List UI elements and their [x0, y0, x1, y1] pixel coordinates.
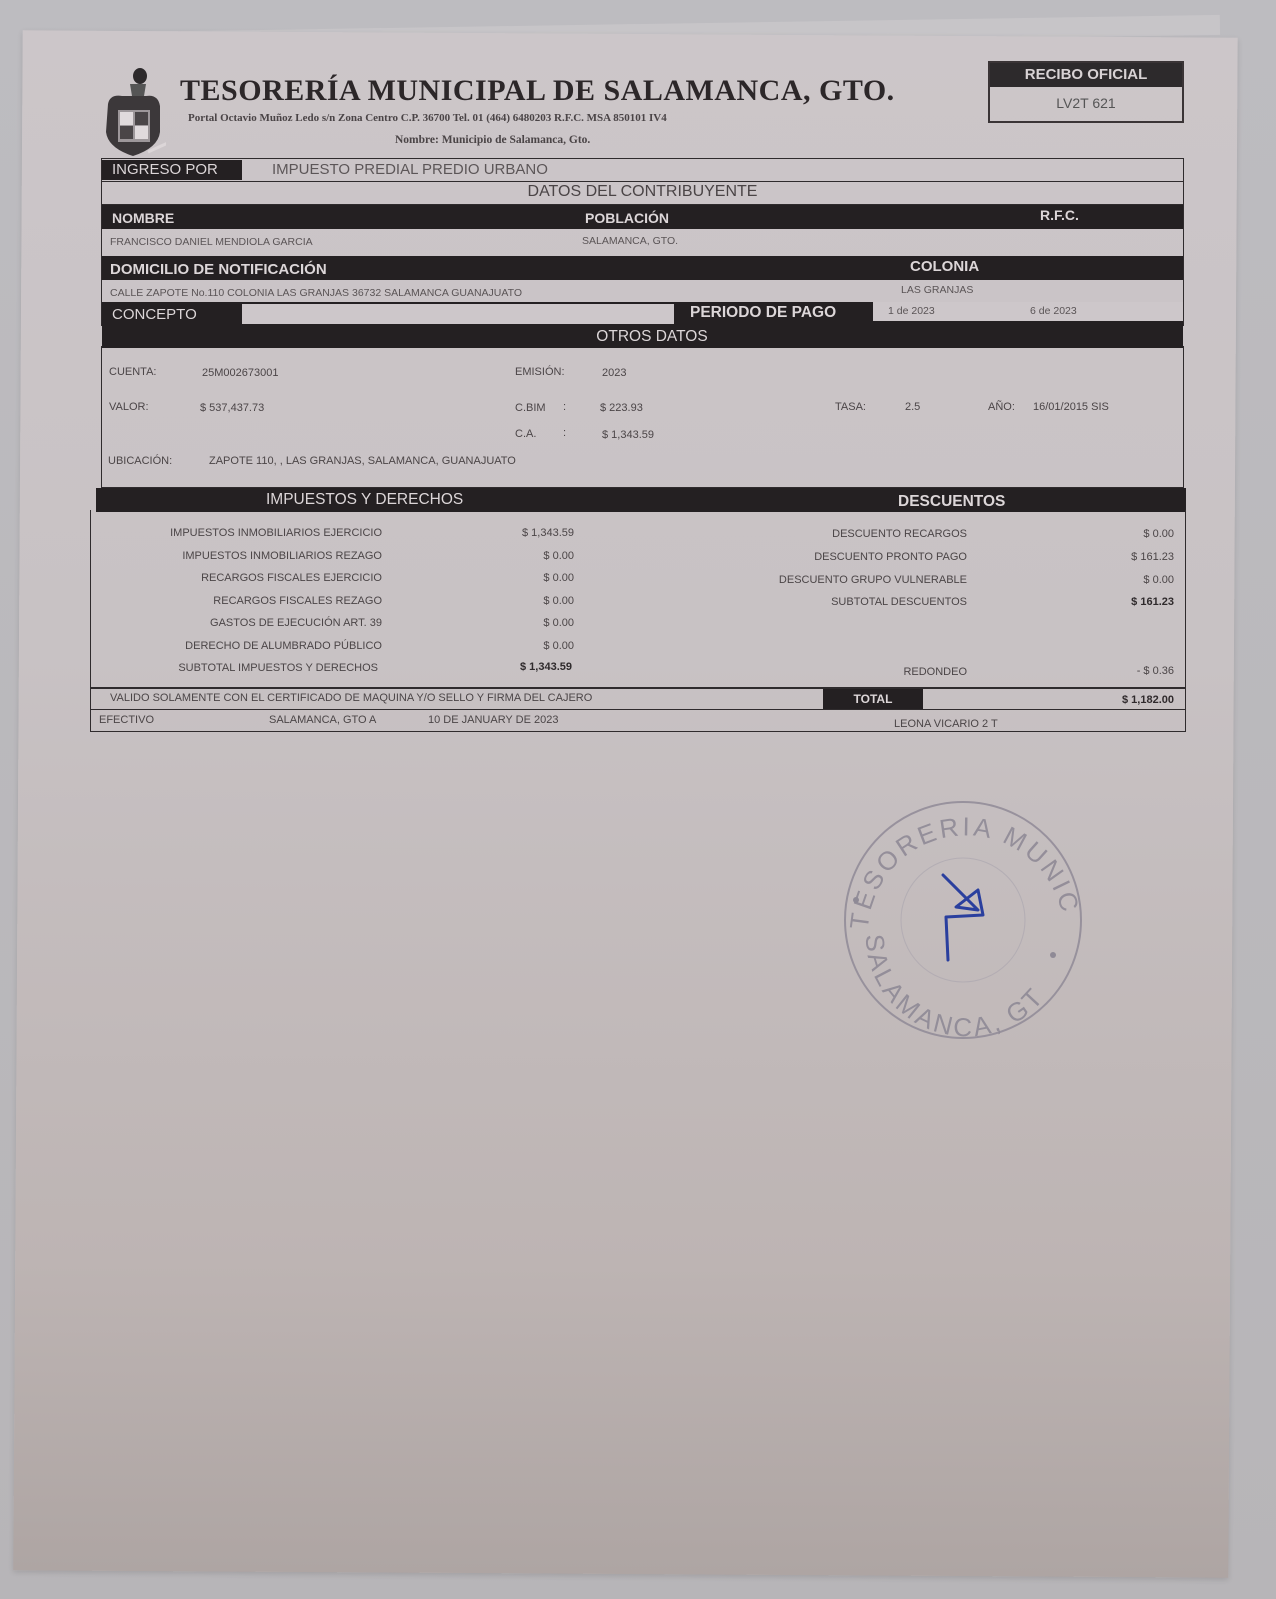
colonia-label: COLONIA — [910, 258, 979, 275]
receipt-number: LV2T 621 — [990, 87, 1182, 119]
descuentos-subtotal-label: SUBTOTAL DESCUENTOS — [700, 596, 967, 608]
impuestos-subtotal-value: $ 1,343.59 — [470, 661, 572, 673]
impuesto-value: $ 0.00 — [470, 572, 574, 584]
contribuyente-title: DATOS DEL CONTRIBUYENTE — [101, 183, 1184, 201]
descuento-label: DESCUENTO GRUPO VULNERABLE — [700, 574, 967, 586]
concepto-label: CONCEPTO — [112, 306, 197, 323]
official-receipt-label: RECIBO OFICIAL — [990, 63, 1182, 87]
periodo-desde: 1 de 2023 — [888, 305, 935, 317]
impuesto-label: RECARGOS FISCALES REZAGO — [100, 595, 382, 607]
ca-colon: : — [563, 427, 566, 439]
fecha-pago: 10 DE JANUARY DE 2023 — [428, 714, 558, 726]
descuentos-subtotal-value: $ 161.23 — [1080, 596, 1174, 608]
impuesto-label: IMPUESTOS INMOBILIARIOS REZAGO — [100, 550, 382, 562]
treasury-name: Nombre: Municipio de Salamanca, Gto. — [395, 134, 590, 146]
impuesto-value: $ 0.00 — [470, 617, 574, 629]
poblacion-label: POBLACIÓN — [585, 210, 669, 226]
cbim-value: $ 223.93 — [600, 402, 643, 414]
tasa-value: 2.5 — [905, 401, 920, 413]
impuestos-subtotal-label: SUBTOTAL IMPUESTOS Y DERECHOS — [100, 662, 378, 674]
descuento-label: DESCUENTO RECARGOS — [700, 528, 967, 540]
descuento-label: DESCUENTO PRONTO PAGO — [700, 551, 967, 563]
official-receipt-box: RECIBO OFICIAL LV2T 621 — [988, 61, 1184, 123]
cuenta-value: 25M002673001 — [202, 367, 278, 379]
signature-icon — [943, 875, 983, 960]
descuento-value: $ 161.23 — [1080, 551, 1174, 563]
valor-value: $ 537,437.73 — [200, 402, 264, 414]
cuenta-label: CUENTA: — [109, 366, 156, 378]
rfc-label: R.F.C. — [1040, 207, 1079, 223]
lugar-pago: SALAMANCA, GTO A — [269, 714, 376, 726]
descuentos-title: DESCUENTOS — [898, 493, 1005, 511]
impuesto-value: $ 1,343.59 — [470, 527, 574, 539]
forma-pago: EFECTIVO — [99, 714, 154, 726]
impuesto-value: $ 0.00 — [470, 550, 574, 562]
treasury-address: Portal Octavio Muñoz Ledo s/n Zona Centr… — [188, 112, 667, 124]
receipt-document: TESORERÍA MUNICIPAL DE SALAMANCA, GTO. P… — [0, 0, 1276, 760]
impuesto-label: RECARGOS FISCALES EJERCICIO — [100, 572, 382, 584]
domicilio-label: DOMICILIO DE NOTIFICACIÓN — [110, 261, 327, 278]
colonia-value: LAS GRANJAS — [901, 284, 973, 296]
cbim-colon: : — [563, 401, 566, 413]
redondeo-label: REDONDEO — [800, 666, 967, 678]
total-label: TOTAL — [823, 689, 923, 709]
validez-text: VALIDO SOLAMENTE CON EL CERTIFICADO DE M… — [110, 692, 592, 704]
ubicacion-value: ZAPOTE 110, , LAS GRANJAS, SALAMANCA, GU… — [209, 455, 516, 467]
periodo-label: PERIODO DE PAGO — [690, 304, 836, 322]
impuesto-label: DERECHO DE ALUMBRADO PÚBLICO — [100, 640, 382, 652]
svg-text:TESORERIA MUNICIPAL: TESORERIA MUNICIPAL — [838, 795, 1086, 931]
nombre-value: FRANCISCO DANIEL MENDIOLA GARCIA — [110, 236, 313, 248]
descuento-value: $ 0.00 — [1080, 574, 1174, 586]
cajero: LEONA VICARIO 2 T — [894, 718, 998, 730]
impuestos-descuentos-bar — [96, 488, 1186, 512]
periodo-hasta: 6 de 2023 — [1030, 305, 1077, 317]
ubicacion-label: UBICACIÓN: — [108, 455, 172, 467]
impuesto-label: IMPUESTOS INMOBILIARIOS EJERCICIO — [100, 527, 382, 539]
emision-value: 2023 — [602, 367, 626, 379]
impuesto-value: $ 0.00 — [470, 595, 574, 607]
impuesto-value: $ 0.00 — [470, 640, 574, 652]
stamp-top-text: TESORERIA MUNICIPAL — [838, 795, 1086, 931]
total-value: $ 1,182.00 — [1060, 694, 1174, 706]
domicilio-value: CALLE ZAPOTE No.110 COLONIA LAS GRANJAS … — [110, 287, 522, 299]
tasa-label: TASA: — [835, 401, 866, 413]
treasury-title: TESORERÍA MUNICIPAL DE SALAMANCA, GTO. — [180, 74, 895, 108]
ingreso-value: IMPUESTO PREDIAL PREDIO URBANO — [272, 160, 548, 180]
impuesto-label: GASTOS DE EJECUCIÓN ART. 39 — [100, 617, 382, 629]
concepto-value — [242, 304, 674, 324]
pago-row — [90, 710, 1186, 732]
cbim-label: C.BIM — [515, 402, 546, 414]
ingreso-label: INGRESO POR — [102, 160, 242, 180]
poblacion-value: SALAMANCA, GTO. — [582, 235, 678, 247]
anio-value: 16/01/2015 SIS — [1033, 401, 1109, 413]
otros-datos-title: OTROS DATOS — [102, 328, 1102, 346]
coat-of-arms-icon — [100, 66, 166, 158]
anio-label: AÑO: — [988, 401, 1015, 413]
descuento-value: $ 0.00 — [1080, 528, 1174, 540]
official-seal-icon: TESORERIA MUNICIPAL SALAMANCA, GTO — [838, 795, 1088, 1045]
emision-label: EMISIÓN: — [515, 366, 565, 378]
ca-label: C.A. — [515, 428, 536, 440]
nombre-label: NOMBRE — [112, 210, 174, 226]
impuestos-title: IMPUESTOS Y DERECHOS — [266, 491, 463, 509]
redondeo-value: - $ 0.36 — [1080, 665, 1174, 677]
valor-label: VALOR: — [109, 401, 149, 413]
ca-value: $ 1,343.59 — [602, 429, 654, 441]
